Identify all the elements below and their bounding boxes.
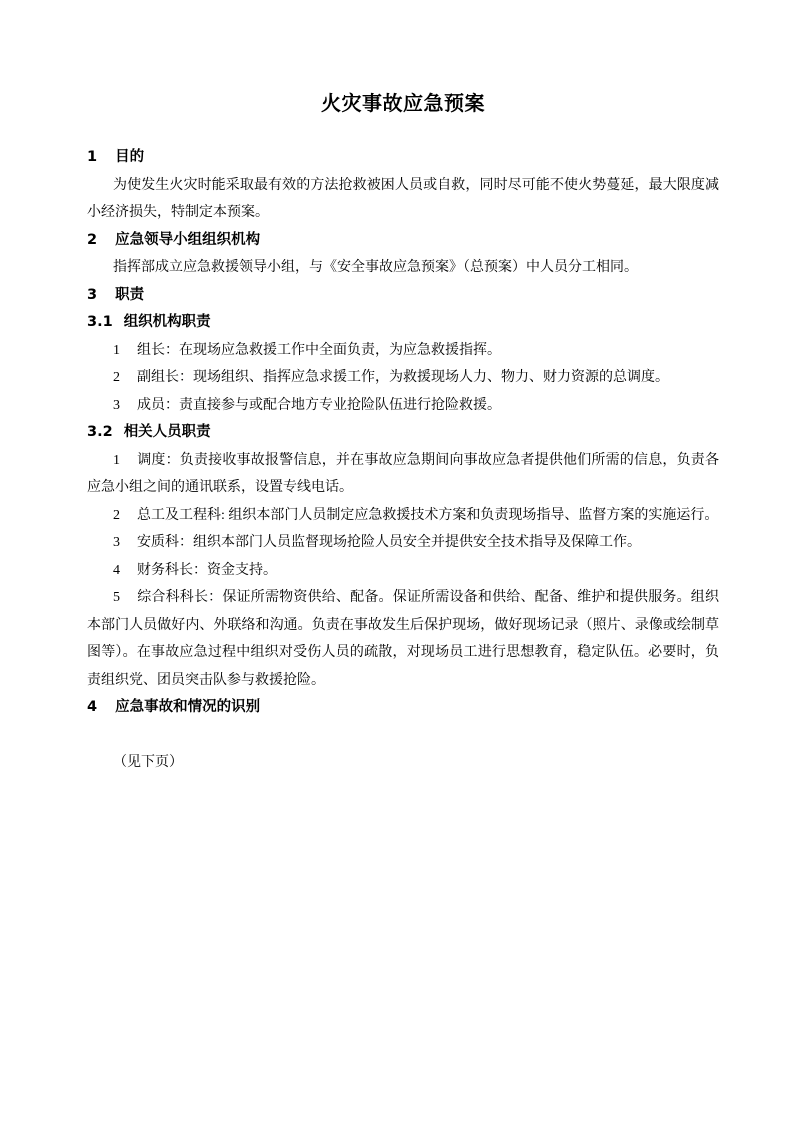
continuation-note: （见下页） (87, 749, 719, 777)
list-item: 4财务科长：资金支持。 (87, 557, 719, 585)
heading-number: 1 (87, 149, 97, 165)
list-item: 2副组长：现场组织、指挥应急求援工作，为救援现场人力、物力、财力资源的总调度。 (87, 364, 719, 392)
heading-label: 应急领导小组组织机构 (115, 232, 260, 248)
heading-label: 应急事故和情况的识别 (115, 699, 260, 715)
section-heading-4: 4应急事故和情况的识别 (87, 694, 719, 722)
body-paragraph: 为使发生火灾时能采取最有效的方法抢救被困人员或自救，同时尽可能不使火势蔓延，最大… (87, 172, 719, 227)
page-title: 火灾事故应急预案 (87, 88, 719, 118)
section-heading-1: 1目的 (87, 144, 719, 172)
heading-label: 职责 (115, 287, 144, 303)
list-item-number: 1 (113, 453, 120, 468)
list-item-number: 1 (113, 343, 120, 358)
heading-label: 相关人员职责 (124, 424, 211, 440)
list-item-number: 2 (113, 370, 120, 385)
list-item-text: 成员：责直接参与或配合地方专业抢险队伍进行抢险救援。 (137, 398, 501, 413)
list-item: 1调度：负责接收事故报警信息，并在事故应急期间向事故应急者提供他们所需的信息，负… (87, 447, 719, 502)
section-heading-3: 3职责 (87, 282, 719, 310)
list-item-number: 3 (113, 535, 120, 550)
body-paragraph: 指挥部成立应急救援领导小组，与《安全事故应急预案》（总预案）中人员分工相同。 (87, 254, 719, 282)
list-item-text: 综合科科长：保证所需物资供给、配备。保证所需设备和供给、配备、维护和提供服务。组… (87, 590, 719, 688)
list-item: 1组长：在现场应急救援工作中全面负责，为应急救援指挥。 (87, 337, 719, 365)
list-item-text: 副组长：现场组织、指挥应急求援工作，为救援现场人力、物力、财力资源的总调度。 (137, 370, 669, 385)
list-item: 3安质科：组织本部门人员监督现场抢险人员安全并提供安全技术指导及保障工作。 (87, 529, 719, 557)
list-item-text: 安质科：组织本部门人员监督现场抢险人员安全并提供安全技术指导及保障工作。 (137, 535, 641, 550)
list-item-number: 5 (113, 590, 120, 605)
heading-number: 3 (87, 287, 97, 303)
list-item: 2总工及工程科: 组织本部门人员制定应急救援技术方案和负责现场指导、监督方案的实… (87, 502, 719, 530)
list-item-number: 4 (113, 563, 120, 578)
list-item: 3成员：责直接参与或配合地方专业抢险队伍进行抢险救援。 (87, 392, 719, 420)
list-item: 5综合科科长：保证所需物资供给、配备。保证所需设备和供给、配备、维护和提供服务。… (87, 584, 719, 694)
list-item-number: 2 (113, 508, 120, 523)
list-item-number: 3 (113, 398, 120, 413)
document-page: 火灾事故应急预案 1目的 为使发生火灾时能采取最有效的方法抢救被困人员或自救，同… (0, 0, 793, 1122)
heading-number: 4 (87, 699, 97, 715)
section-heading-3-1: 3.1组织机构职责 (87, 309, 719, 337)
list-item-text: 组长：在现场应急救援工作中全面负责，为应急救援指挥。 (137, 343, 501, 358)
heading-number: 3.1 (87, 314, 113, 330)
heading-number: 2 (87, 232, 97, 248)
heading-label: 组织机构职责 (124, 314, 211, 330)
list-item-text: 财务科长：资金支持。 (137, 563, 277, 578)
section-heading-3-2: 3.2相关人员职责 (87, 419, 719, 447)
list-item-text: 总工及工程科: 组织本部门人员制定应急救援技术方案和负责现场指导、监督方案的实施… (137, 508, 718, 523)
heading-number: 3.2 (87, 424, 113, 440)
list-item-text: 调度：负责接收事故报警信息，并在事故应急期间向事故应急者提供他们所需的信息，负责… (87, 453, 719, 496)
heading-label: 目的 (115, 149, 144, 165)
section-heading-2: 2应急领导小组组织机构 (87, 227, 719, 255)
